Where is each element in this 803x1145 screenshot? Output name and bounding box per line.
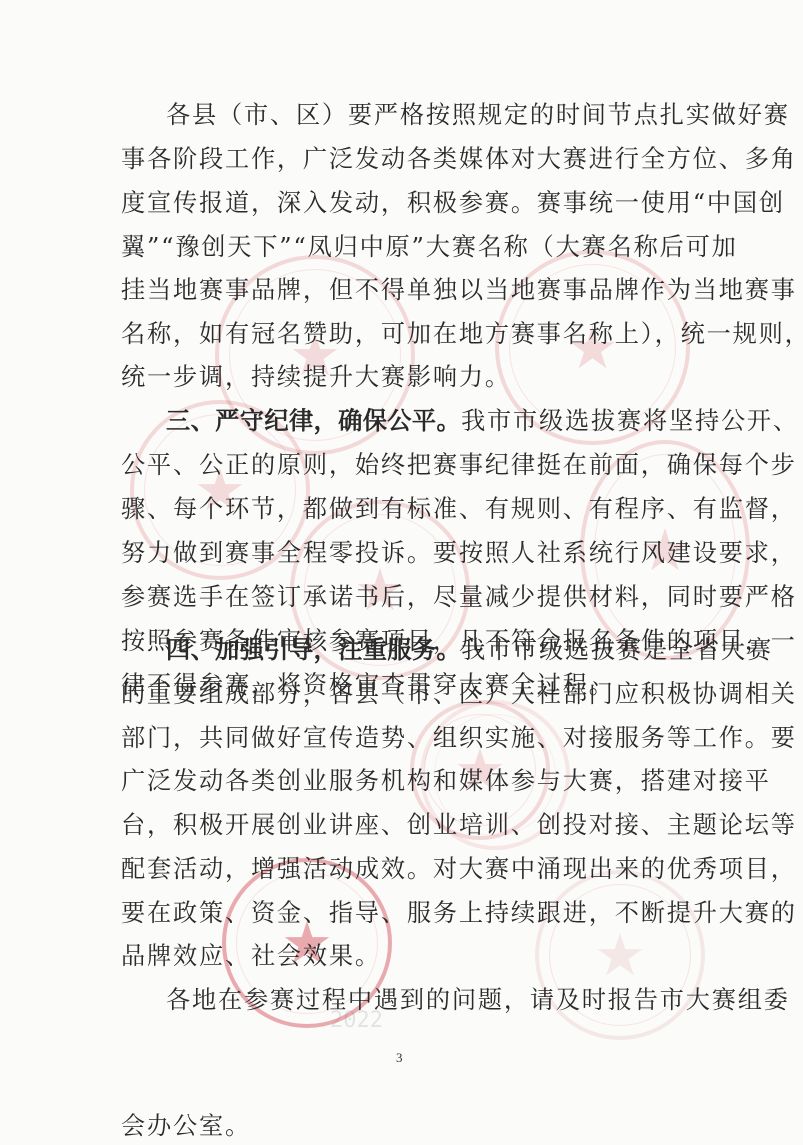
paragraph-line: 会办公室。 (121, 1111, 701, 1141)
paragraph-line: 配套活动，增强活动成效。对大赛中涌现出来的优秀项目， (121, 854, 701, 884)
section-heading: 四、加强引导，注重服务。 (166, 636, 461, 664)
document-page: ★ ★ ★ ★ ★ ★ ★ ★ 2022 各县（市、区）要严格按照规定的时间节点… (0, 0, 803, 1145)
paragraph-line: 度宣传报道，深入发动，积极参赛。赛事统一使用“中国创 (121, 188, 701, 218)
paragraph-line: 要在政策、资金、指导、服务上持续跟进，不断提升大赛的 (121, 898, 701, 928)
paragraph-first-line: 三、严守纪律，确保公平。我市市级选拔赛将坚持公开、 (166, 406, 701, 436)
paragraph-line: 的重要组成部分，各县（市、区）人社部门应积极协调相关 (121, 679, 701, 709)
section-heading: 三、严守纪律，确保公平。 (166, 407, 461, 435)
paragraph-line: 骤、每个环节，都做到有标准、有规则、有程序、有监督， (121, 494, 701, 524)
paragraph-line: 各县（市、区）要严格按照规定的时间节点扎实做好赛 (166, 100, 701, 130)
paragraph-line: 翼”“豫创天下”“凤归中原”大赛名称（大赛名称后可加 (121, 232, 701, 262)
paragraph-line: 努力做到赛事全程零投诉。要按照人社系统行风建设要求， (121, 538, 701, 568)
paragraph-line: 参赛选手在签订承诺书后，尽量减少提供材料，同时要严格 (121, 582, 701, 612)
paragraph-line: 挂当地赛事品牌，但不得单独以当地赛事品牌作为当地赛事 (121, 275, 701, 305)
paragraph-line: 事各阶段工作，广泛发动各类媒体对大赛进行全方位、多角 (121, 144, 701, 174)
paragraph-line: 台，积极开展创业讲座、创业培训、创投对接、主题论坛等 (121, 810, 701, 840)
paragraph-line: 部门，共同做好宣传造势、组织实施、对接服务等工作。要 (121, 723, 701, 753)
paragraph-text: 我市市级选拔赛将坚持公开、 (461, 407, 799, 435)
paragraph-line: 统一步调，持续提升大赛影响力。 (121, 362, 701, 392)
paragraph-text: 我市市级选拔赛是全省大赛 (461, 636, 773, 664)
paragraph-line: 各地在参赛过程中遇到的问题，请及时报告市大赛组委 (166, 985, 701, 1015)
paragraph-line: 名称，如有冠名赞助，可加在地方赛事名称上），统一规则， (121, 319, 701, 349)
paragraph-first-line: 四、加强引导，注重服务。我市市级选拔赛是全省大赛 (166, 635, 701, 665)
paragraph-line: 品牌效应、社会效果。 (121, 941, 701, 971)
paragraph-line: 公平、公正的原则，始终把赛事纪律挺在前面，确保每个步 (121, 450, 701, 480)
paragraph-line: 广泛发动各类创业服务机构和媒体参与大赛，搭建对接平 (121, 766, 701, 796)
page-number: 3 (396, 1050, 403, 1066)
